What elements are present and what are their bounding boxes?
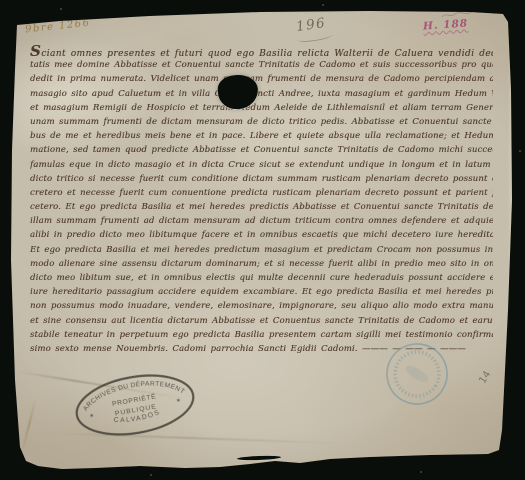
dust-speck (420, 471, 422, 473)
manuscript-line: tatis mee domine Abbatisse et Conuentui … (30, 58, 493, 72)
manuscript-line: matione, sed tamen quod predicte Abbatis… (30, 143, 493, 157)
manuscript-line: Sciant omnes presentes et futuri quod eg… (30, 44, 493, 58)
oval-stamp-star-left: ✶ (89, 412, 95, 420)
manuscript-line: Et ego predicta Basilia et mei heredes p… (30, 243, 493, 257)
parchment-tear (237, 455, 281, 461)
manuscript-line: cetero. Et ego predicta Basilia et mei h… (30, 200, 493, 214)
dust-speck (60, 8, 62, 10)
manuscript-line: famulas eque in dicto masagio et in dict… (30, 158, 493, 172)
oval-stamp-star-right: ✶ (175, 397, 181, 405)
manuscript-line: illam summam frumenti ad dictam mensuram… (30, 214, 493, 228)
manuscript-line: dedit in prima numerata. Videlicet unam … (30, 72, 493, 86)
manuscript-line: iure hereditario passagium accidere equi… (30, 285, 493, 299)
manuscript-line: modo alienare sine assensu dictarum domi… (30, 257, 493, 271)
parchment-document: 9bre 1266 196 H. 188 Sciant omnes presen… (0, 0, 525, 480)
archives-oval-stamp: ARCHIVES DU DÉPARTEMENT CALVADOS PROPRIÉ… (69, 365, 202, 446)
manuscript-line: non possumus modo inuadare, vendere, ele… (30, 299, 493, 313)
parchment-edge-highlight (508, 12, 515, 450)
shelfmark-note: H. 188 (423, 17, 469, 32)
photo-backdrop: 9bre 1266 196 H. 188 Sciant omnes presen… (0, 0, 525, 480)
manuscript-line: unam summam frumenti de dictam mensuram … (30, 115, 493, 129)
fold-crease (21, 397, 37, 454)
archivist-date-note: 9bre 1266 (25, 18, 91, 36)
dust-speck (519, 150, 521, 152)
manuscript-line: cretero et necesse fuerit cum conuention… (30, 186, 493, 200)
round-stamp-smudge (403, 363, 430, 385)
manuscript-line: dicto meo libitum sue, et in omnibus ele… (30, 271, 493, 285)
dust-speck (150, 474, 152, 476)
manuscript-line: et masagium Remigii de Hospicio et terra… (30, 101, 493, 115)
manuscript-line: et sine consensu aut licentia dictarum A… (30, 314, 493, 328)
manuscript-line: bus de me et heredibus meis bene et in p… (30, 129, 493, 143)
manuscript-line: alibi in predio dicto meo libitumque fac… (30, 228, 493, 242)
dust-speck (322, 4, 324, 6)
manuscript-line: dicto tritico si necesse fuerit cum cond… (30, 172, 493, 186)
manuscript-line: masagio sito apud Caluetum et in villa C… (30, 87, 493, 101)
folio-number-note: 14 (477, 369, 493, 386)
manuscript-text: Sciant omnes presentes et futuri quod eg… (30, 44, 493, 356)
